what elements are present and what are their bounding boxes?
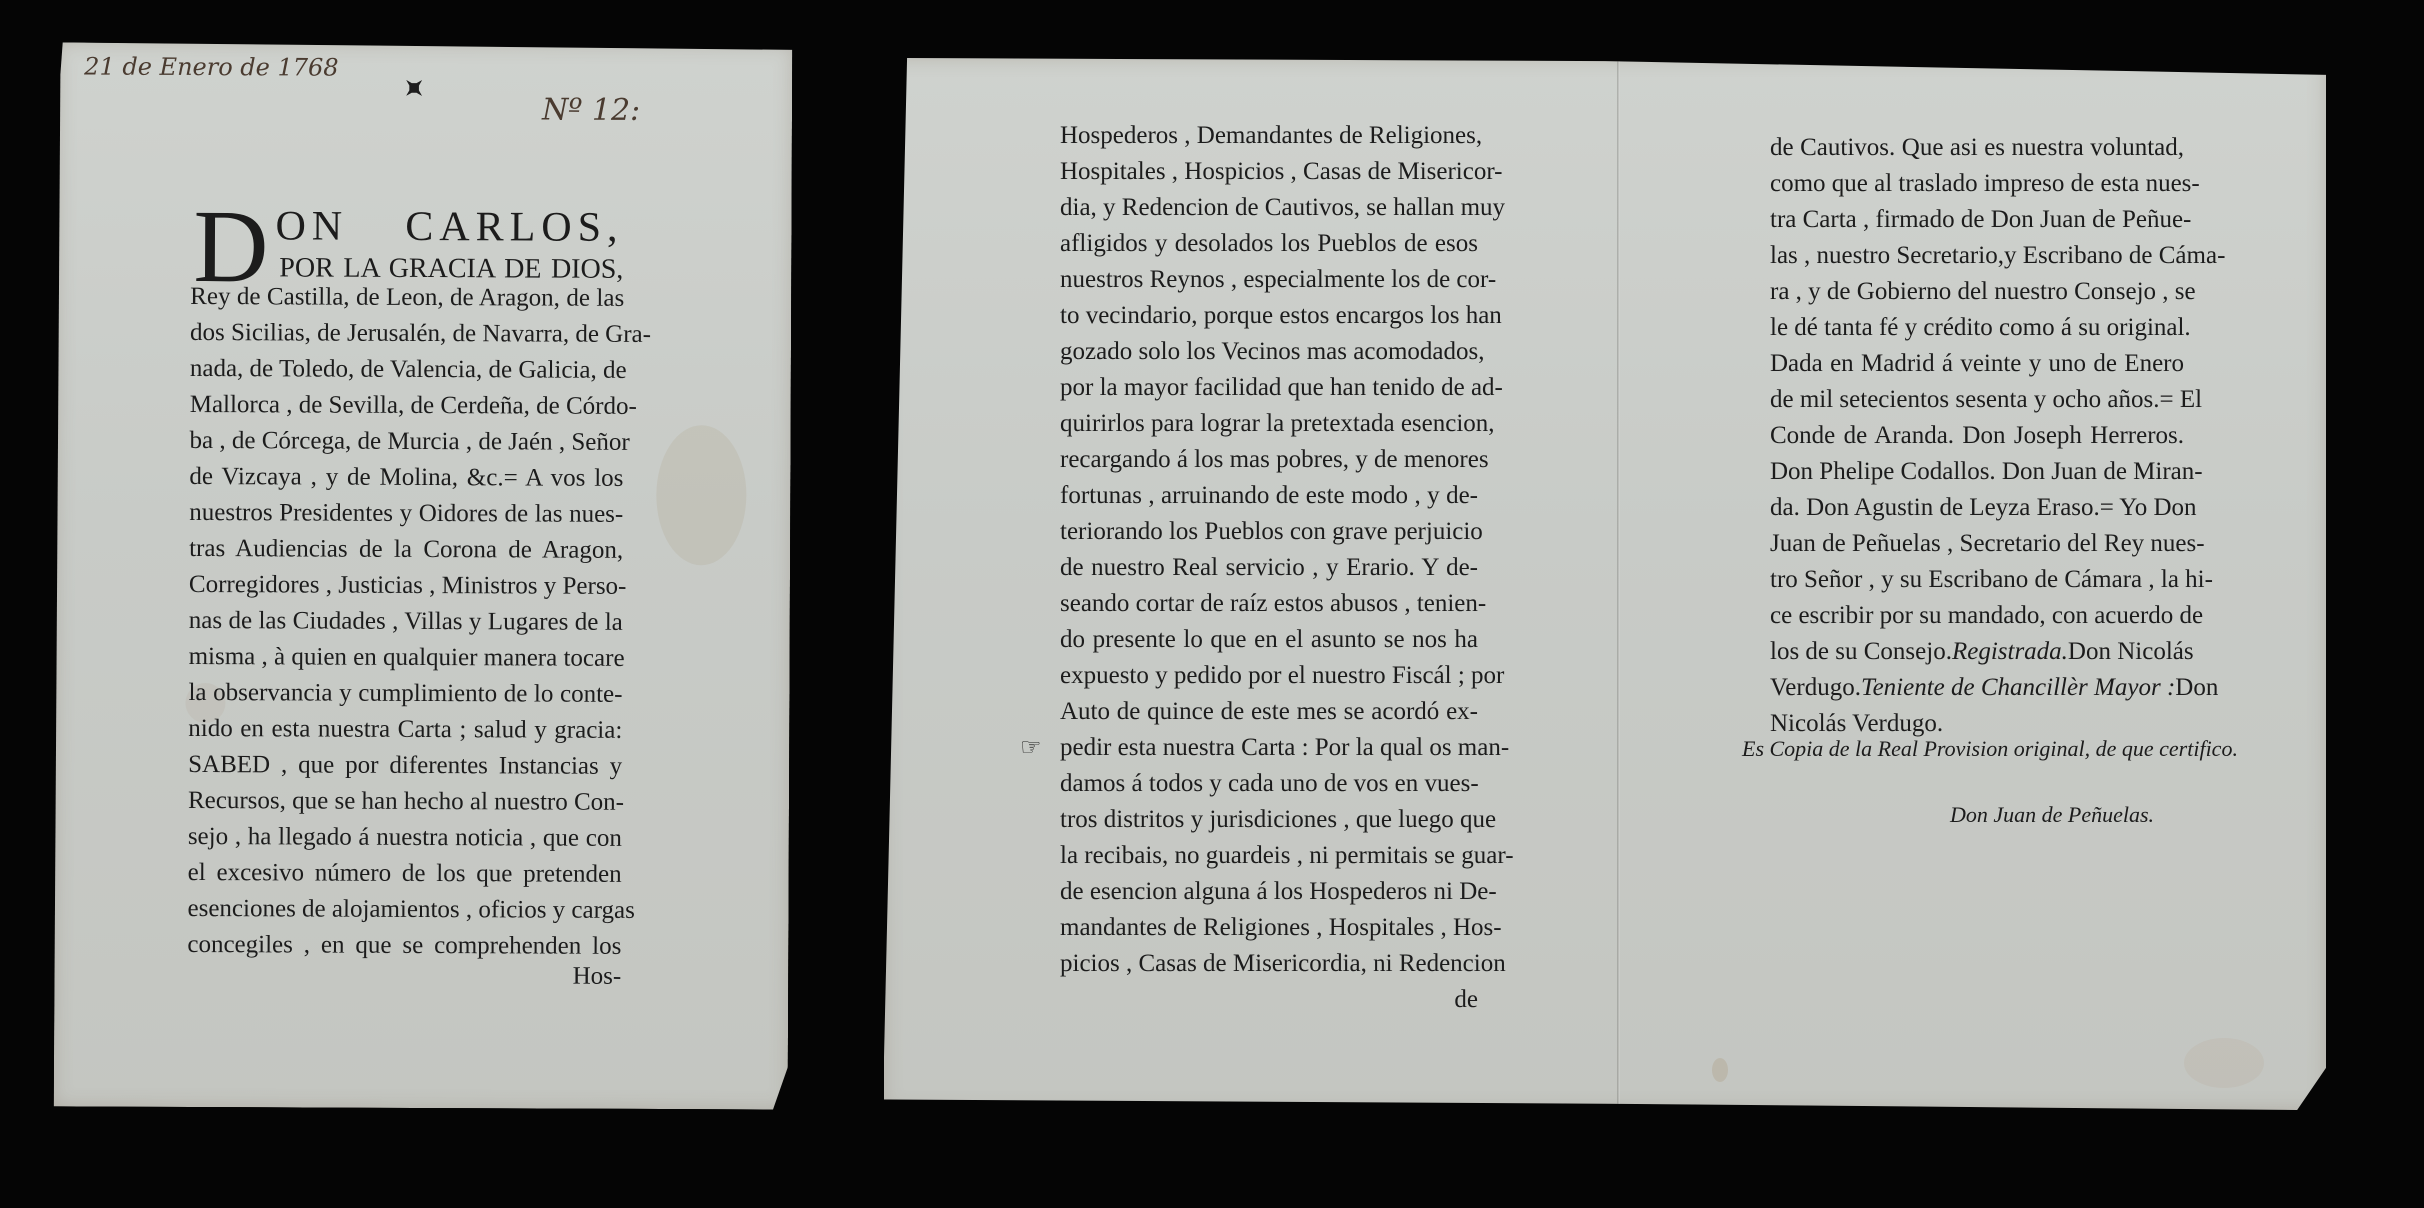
text-line: Dada en Madrid á veinte y uno de Enero [1770, 346, 2184, 382]
text-line: de Cautivos. Que asi es nuestra voluntad… [1770, 130, 2184, 166]
text-line: tro Señor , y su Escribano de Cámara , l… [1770, 562, 2184, 598]
text-line: ☞ pedir esta nuestra Carta : Por la qual… [1060, 730, 1478, 766]
text-line: ra , y de Gobierno del nuestro Consejo ,… [1770, 274, 2184, 310]
text-line: damos á todos y cada uno de vos en vues- [1060, 766, 1478, 802]
text-line: de Vizcaya , y de Molina, &c.= A vos los [189, 459, 623, 497]
text-line: Mallorca , de Sevilla, de Cerdeña, de Có… [190, 387, 624, 425]
paper-stain [656, 425, 747, 565]
teniente-label: Teniente de Chancillèr Mayor : [1861, 670, 2175, 706]
text-line: concegiles , en que se comprehenden los [187, 927, 621, 965]
text-line: el excesivo número de los que pretenden [188, 855, 622, 893]
center-fold [1617, 58, 1620, 1110]
text-line: to vecindario, porque estos encargos los… [1060, 298, 1478, 334]
text-fragment: Don [2175, 670, 2218, 706]
text-line: las , nuestro Secretario,y Escribano de … [1770, 238, 2184, 274]
text-line: recargando á los mas pobres, y de menore… [1060, 442, 1478, 478]
left-body: Rey de Castilla, de Leon, de Aragon, de … [187, 279, 624, 989]
text-line: SABED , que por diferentes Instancias y [188, 747, 622, 785]
text-line: picios , Casas de Misericordia, ni Reden… [1060, 946, 1478, 982]
text-line: como que al traslado impreso de esta nue… [1770, 166, 2184, 202]
manicule-pointing-hand-icon: ☞ [1020, 730, 1042, 766]
text-line: tra Carta , firmado de Don Juan de Peñue… [1770, 202, 2184, 238]
text-line: Hospitales , Hospicios , Casas de Miseri… [1060, 154, 1478, 190]
text-line: le dé tanta fé y crédito como á su origi… [1770, 310, 2184, 346]
catchword: de [1060, 982, 1478, 1018]
text-line: dia, y Redencion de Cautivos, se hallan … [1060, 190, 1478, 226]
text-line: nido en esta nuestra Carta ; salud y gra… [188, 711, 622, 749]
text-line: Corregidores , Justicias , Ministros y P… [189, 567, 623, 605]
text-line: Verdugo. Teniente de Chancillèr Mayor : … [1770, 670, 2184, 706]
text-line: sejo , ha llegado á nuestra noticia , qu… [188, 819, 622, 857]
text-fragment: Don Nicolás [2068, 634, 2194, 670]
handwritten-number: Nº 12: [542, 93, 640, 128]
middle-page-body: Hospederos , Demandantes de Religiones, … [1060, 118, 1478, 1018]
text-line: ce escribir por su mandado, con acuerdo … [1770, 598, 2184, 634]
text-line: Rey de Castilla, de Leon, de Aragon, de … [190, 279, 624, 317]
paper-stain [2184, 1038, 2264, 1088]
text-line: los de su Consejo. Registrada. Don Nicol… [1770, 634, 2184, 670]
text-line: Don Phelipe Codallos. Don Juan de Miran- [1770, 454, 2184, 490]
text-line: la recibais, no guardeis , ni permitais … [1060, 838, 1478, 874]
text-line: tros distritos y jurisdiciones , que lue… [1060, 802, 1478, 838]
text-line: mandantes de Religiones , Hospitales , H… [1060, 910, 1478, 946]
text-line: la observancia y cumplimiento de lo cont… [188, 675, 622, 713]
right-page-body: de Cautivos. Que asi es nuestra voluntad… [1770, 130, 2184, 742]
text-line: expuesto y pedido por el nuestro Fiscál … [1060, 658, 1478, 694]
text-line: de nuestro Real servicio , y Erario. Y d… [1060, 550, 1478, 586]
text-fragment: los de su Consejo. [1770, 634, 1952, 670]
text-line: do presente lo que en el asunto se nos h… [1060, 622, 1478, 658]
text-line: de esencion alguna á los Hospederos ni D… [1060, 874, 1478, 910]
left-page: 21 de Enero de 1768 Nº 12: D ON CARLOS, … [54, 42, 793, 1109]
text-line: teriorando los Pueblos con grave perjuic… [1060, 514, 1478, 550]
text-line: seando cortar de raíz estos abusos , ten… [1060, 586, 1478, 622]
paper-stain [1712, 1058, 1728, 1082]
text-line: por la mayor facilidad que han tenido de… [1060, 370, 1478, 406]
text-line: nada, de Toledo, de Valencia, de Galicia… [190, 351, 624, 389]
certification-note: Es Copia de la Real Provision original, … [1742, 736, 2238, 762]
text-line-content: pedir esta nuestra Carta : Por la qual o… [1060, 734, 1509, 761]
text-line: Conde de Aranda. Don Joseph Herreros. [1770, 418, 2184, 454]
text-line: misma , à quien en qualquier manera toca… [189, 639, 623, 677]
text-line: nuestros Presidentes y Oidores de las nu… [189, 495, 623, 533]
open-spread: Hospederos , Demandantes de Religiones, … [884, 58, 2326, 1110]
text-line: de mil setecientos sesenta y ocho años.=… [1770, 382, 2184, 418]
text-line: Recursos, que se han hecho al nuestro Co… [188, 783, 622, 821]
text-line: fortunas , arruinando de este modo , y d… [1060, 478, 1478, 514]
text-line: dos Sicilias, de Jerusalén, de Navarra, … [190, 315, 624, 353]
text-line: nuestros Reynos , especialmente los de c… [1060, 262, 1478, 298]
catchword: Hos- [187, 963, 621, 989]
registrada-label: Registrada. [1952, 634, 2068, 670]
maltese-cross-icon [406, 80, 422, 96]
text-line: tras Audiencias de la Corona de Aragon, [189, 531, 623, 569]
text-line: nas de las Ciudades , Villas y Lugares d… [189, 603, 623, 641]
text-line: da. Don Agustin de Leyza Eraso.= Yo Don [1770, 490, 2184, 526]
signature: Don Juan de Peñuelas. [1950, 802, 2154, 828]
text-line: quirirlos para lograr la pretextada esen… [1060, 406, 1478, 442]
text-line: esenciones de alojamientos , oficios y c… [187, 891, 621, 929]
text-fragment: Verdugo. [1770, 670, 1861, 706]
text-line: afligidos y desolados los Pueblos de eso… [1060, 226, 1478, 262]
text-line: ba , de Córcega, de Murcia , de Jaén , S… [190, 423, 624, 461]
title-line-1: ON CARLOS, [275, 203, 623, 251]
text-line: gozado solo los Vecinos mas acomodados, [1060, 334, 1478, 370]
text-line: Hospederos , Demandantes de Religiones, [1060, 118, 1478, 154]
handwritten-date: 21 de Enero de 1768 [84, 53, 338, 82]
text-line: Auto de quince de este mes se acordó ex- [1060, 694, 1478, 730]
text-line: Juan de Peñuelas , Secretario del Rey nu… [1770, 526, 2184, 562]
